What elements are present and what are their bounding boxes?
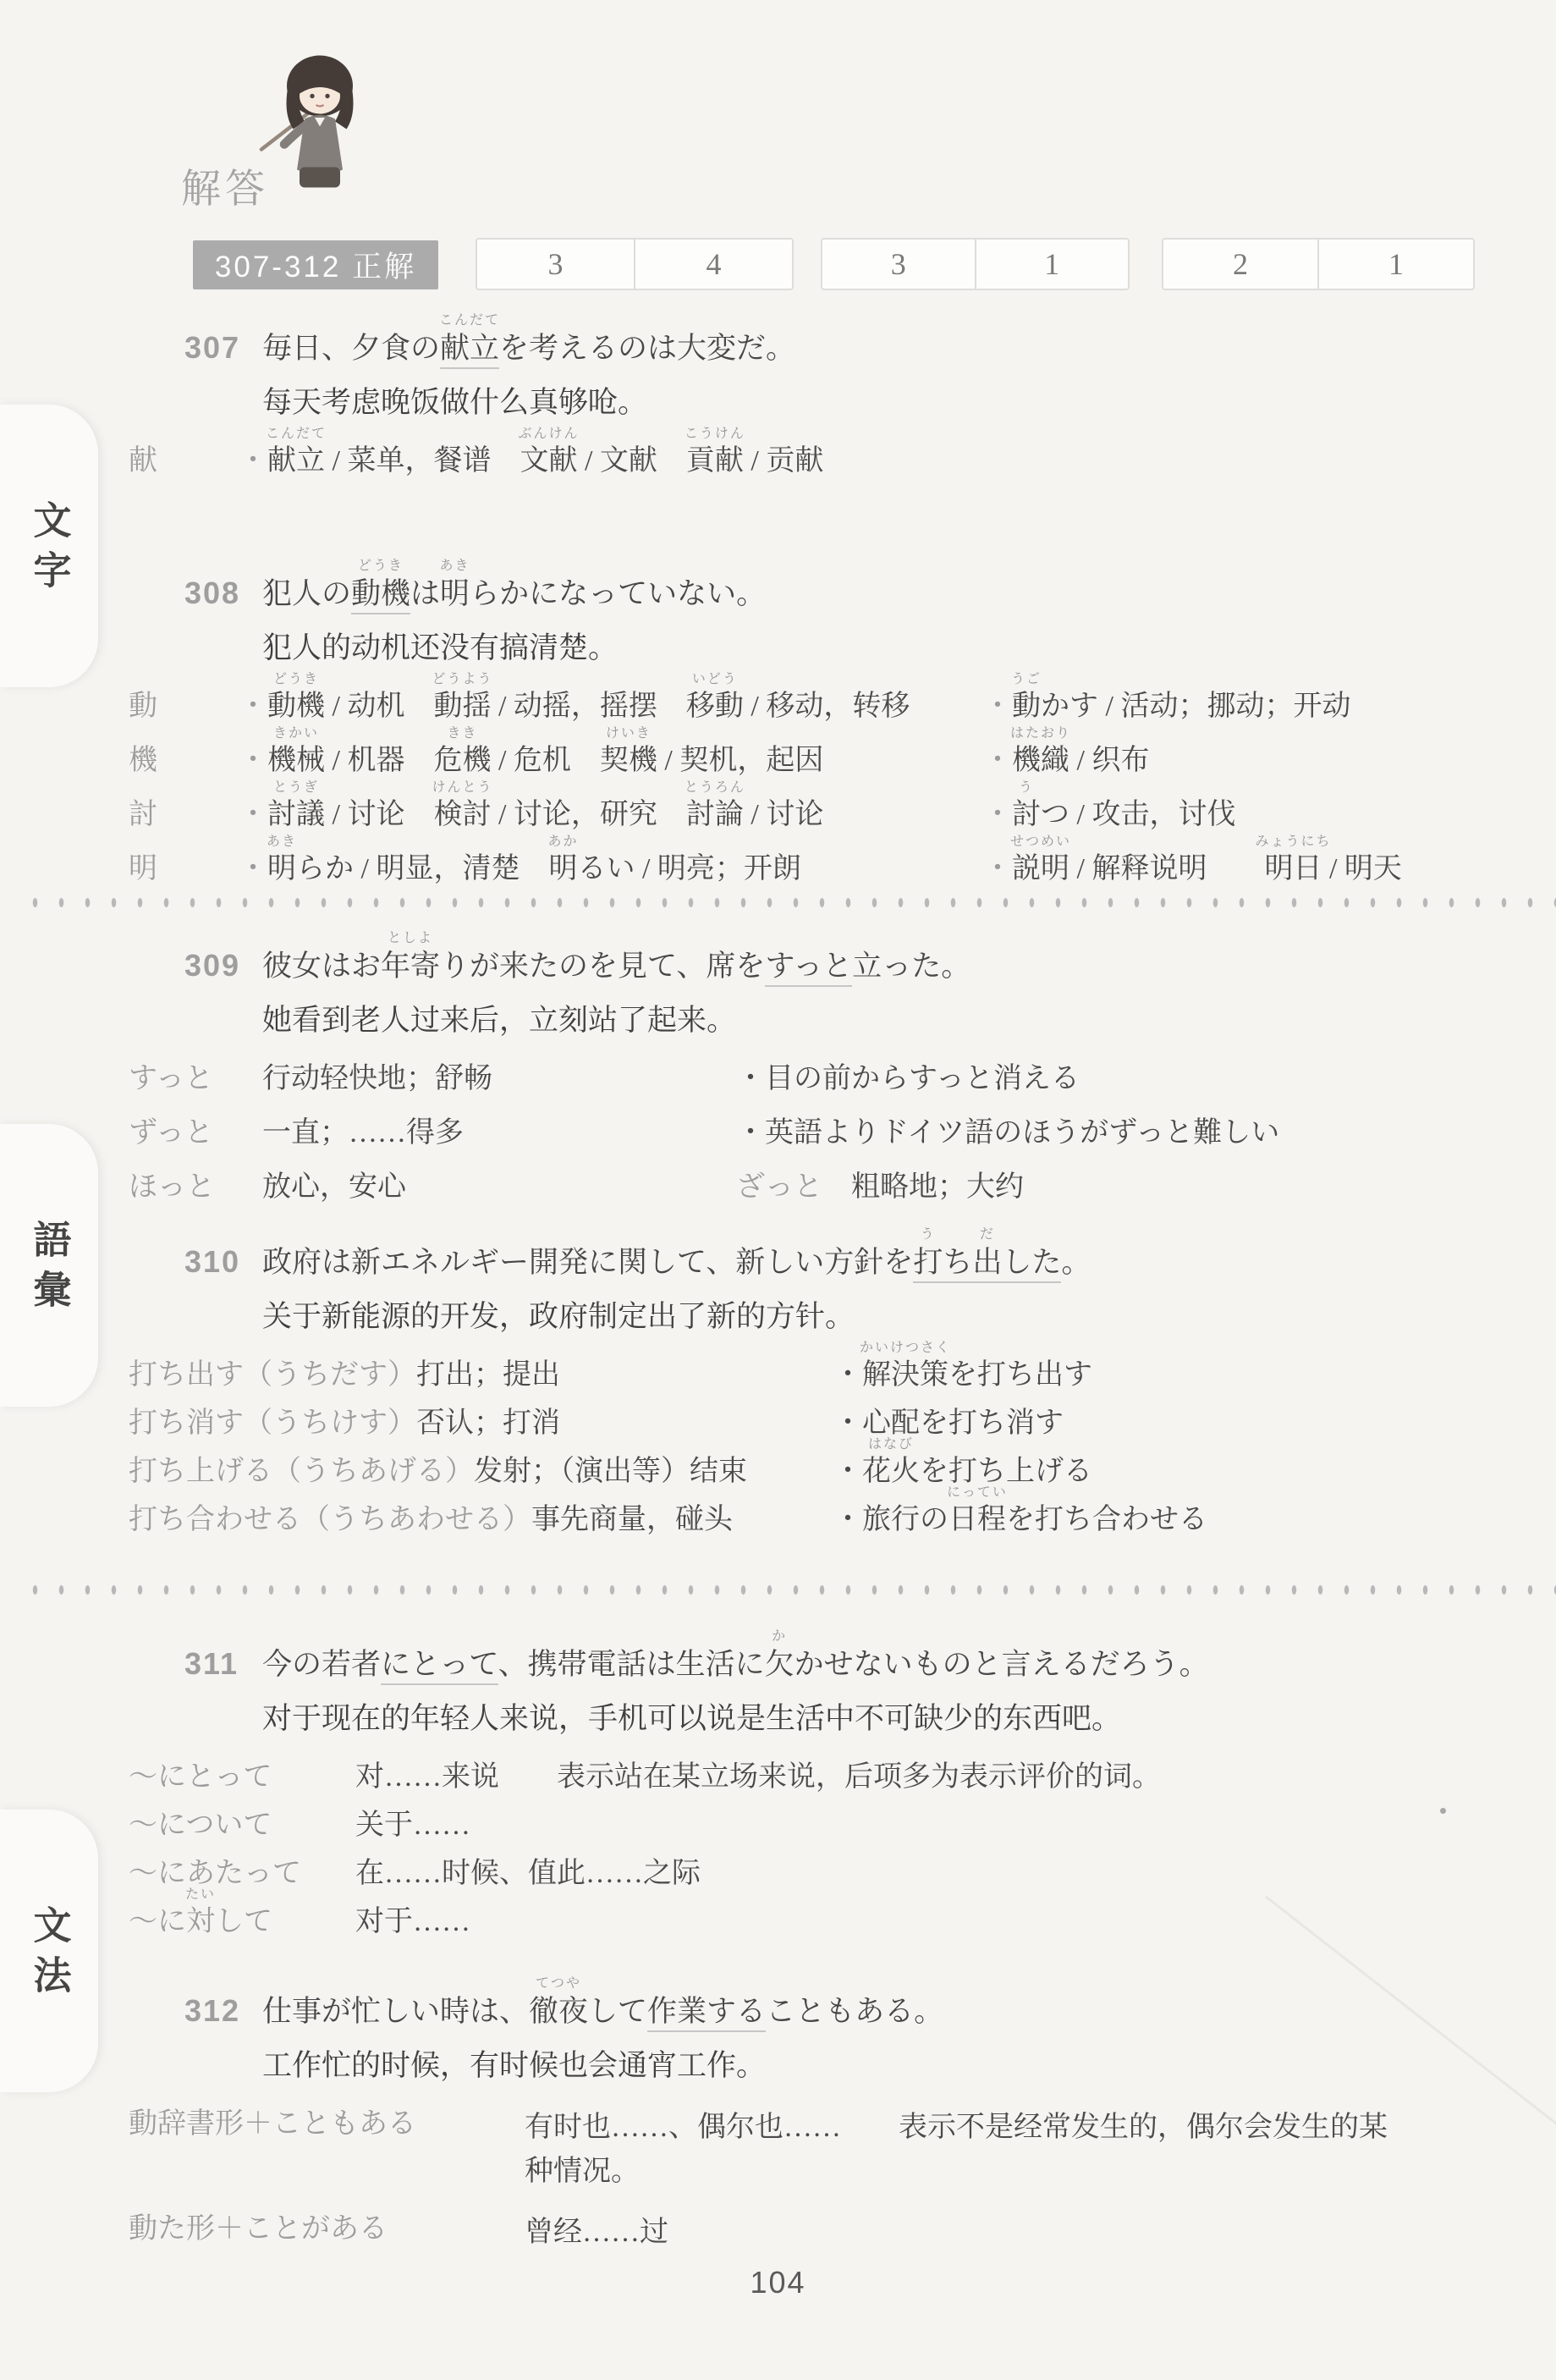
furigana: いどう: [692, 673, 738, 686]
text-segment: を考えるのは大変だ。: [499, 332, 795, 365]
furigana: こんだて: [266, 427, 327, 441]
text-segment: 献: [129, 445, 157, 477]
text-segment: ・心配を打ち消す: [833, 1408, 1064, 1439]
text-segment: 献立こんだて: [440, 332, 499, 369]
vocab-row: 打ち上げる（うちあげる）发射；（演出等）结束・花火はなびを打ち上げる: [0, 1453, 1556, 1490]
furigana: あか: [547, 835, 578, 849]
text-segment: を打ち上げる: [920, 1456, 1092, 1487]
text-segment: 徹夜てつや: [529, 1995, 588, 2028]
text-segment: 解決策かいけつさく: [862, 1359, 948, 1391]
vocab-cell: 打ち出す（うちだす）打出；提出: [129, 1357, 833, 1394]
vocab-row: ～にとって对……来说 表示站在某立场来说，后项多为表示评价的词。: [0, 1759, 1556, 1796]
question-number: 309: [184, 948, 240, 983]
text-segment: を打ち出す: [948, 1359, 1092, 1391]
text-segment: 打ち上げる（うちあげる）: [129, 1456, 474, 1487]
vocab-row: 明・明あきらか / 明显，清楚 明あかるい / 明亮；开朗・説明せつめい / 解…: [0, 851, 1556, 888]
furigana: うご: [1011, 673, 1042, 686]
vocab-cell: 行动轻快地；舒畅: [262, 1061, 736, 1098]
text-segment: らかになっていない。: [470, 577, 766, 610]
vocab-row: 動た形＋ことがある曾经……过: [0, 2211, 1556, 2255]
text-segment: ・: [239, 745, 267, 776]
section-312: 312 仕事が忙しい時は、徹夜てつやして作業することもある。 工作忙的时候，有时…: [0, 1975, 1556, 2255]
vocab-row: 打ち合わせる（うちあわせる）事先商量，碰头・旅行の日程にっていを打ち合わせる: [0, 1501, 1556, 1539]
text-segment: 機: [129, 745, 157, 776]
vocab-rows: 献・献立こんだて / 菜单，餐谱 文献ぶんけん / 文献 貢献こうけん / 贡献: [0, 443, 1556, 480]
text-segment: ・: [983, 745, 1012, 776]
vocab-cell: 打ち合わせる（うちあわせる）事先商量，碰头: [129, 1501, 833, 1539]
text-segment: した: [1002, 1246, 1061, 1283]
vocab-cell: ～について: [129, 1807, 355, 1844]
text-segment: るい / 明亮；开朗: [577, 853, 800, 884]
text-segment: 打出；提出: [416, 1359, 560, 1391]
text-segment: 明日みょうにち: [1264, 853, 1322, 884]
answer-section-title: 解答: [181, 157, 269, 214]
text-segment: 明あき: [440, 577, 470, 610]
text-segment: ～にあたって: [129, 1858, 301, 1889]
text-segment: 動辞書形＋こともある: [129, 2108, 416, 2140]
answer-cell: 4: [634, 240, 792, 289]
vocab-row: ～にあたって在……时候、值此……之际: [0, 1855, 1556, 1892]
furigana: あき: [440, 559, 470, 573]
section-310: 310 政府は新エネルギー開発に関して、新しい方針を打うち出だした。 关于新能源…: [0, 1226, 1556, 1539]
vocab-row: ～について关于……: [0, 1807, 1556, 1844]
answer-range-badge: 307-312 正解: [193, 240, 438, 289]
vocab-rows: 動辞書形＋こともある有时也……、偶尔也…… 表示不是经常发生的，偶尔会发生的某种…: [0, 2106, 1556, 2255]
vocab-cell: 有时也……、偶尔也…… 表示不是经常发生的，偶尔会发生的某种情况。: [525, 2106, 1405, 2194]
vocab-cell: すっと: [129, 1061, 262, 1098]
text-segment: 動: [129, 691, 157, 722]
text-segment: 曾经……过: [525, 2217, 668, 2248]
vocab-cell: 对于……: [355, 1903, 470, 1941]
furigana: としよ: [388, 932, 433, 945]
text-segment: 在……时候、值此……之际: [355, 1858, 701, 1889]
furigana: こうけん: [685, 427, 745, 441]
text-segment: 文献ぶんけん: [520, 445, 577, 477]
vocab-row: 動・動機どうき / 动机 動揺どうよう / 动摇，摇摆 移動いどう / 移动，转…: [0, 688, 1556, 725]
text-segment: 毎日、夕食の: [262, 332, 440, 365]
text-segment: ざっと: [736, 1171, 822, 1203]
chinese-translation: 对于现在的年轻人来说，手机可以说是生活中不可缺少的东西吧。: [0, 1683, 1556, 1738]
text-segment: 犯人の: [262, 577, 351, 610]
text-segment: りが来たのを見て、席を: [440, 950, 765, 983]
section-309: 309 彼女はお年寄としよりが来たのを見て、席をすっと立った。 她看到老人过来后…: [0, 929, 1556, 1206]
text-segment: / 文献: [577, 445, 685, 477]
vocab-rows: ～にとって对……来说 表示站在某立场来说，后项多为表示评价的词。～について关于……: [0, 1759, 1556, 1941]
furigana: どうき: [273, 673, 319, 686]
text-segment: にとって: [381, 1648, 498, 1685]
text-segment: 粗略地；大约: [822, 1171, 1024, 1203]
text-segment: 明: [129, 853, 157, 884]
furigana: はなび: [868, 1438, 914, 1452]
text-segment: 。: [1061, 1246, 1091, 1279]
text-segment: 立った。: [852, 950, 970, 983]
text-segment: ・: [239, 691, 267, 722]
text-segment: 明あき: [267, 853, 296, 884]
vocab-cell: ・明あきらか / 明显，清楚 明あかるい / 明亮；开朗: [239, 851, 983, 888]
text-segment: / 解释说明: [1069, 853, 1264, 884]
vocab-cell: 打ち上げる（うちあげる）发射；（演出等）结束: [129, 1453, 833, 1490]
furigana: たい: [185, 1888, 216, 1902]
text-segment: 打う: [913, 1246, 943, 1283]
vocab-cell: ・献立こんだて / 菜单，餐谱 文献ぶんけん / 文献 貢献こうけん / 贡献: [239, 443, 823, 480]
text-segment: して: [215, 1906, 272, 1937]
text-segment: ～にとって: [129, 1761, 272, 1793]
chinese-translation: 每天考虑晚饭做什么真够呛。: [0, 367, 1556, 421]
vocab-cell: 在……时候、值此……之际: [355, 1855, 701, 1892]
vocab-cell: 对……来说 表示站在某立场来说，后项多为表示评价的词。: [355, 1759, 1161, 1796]
question-number: 310: [184, 1244, 240, 1280]
text-segment: ～について: [129, 1810, 272, 1841]
section-308: 308 犯人の動機どうきは明あきらかになっていない。 犯人的动机还没有搞清楚。 …: [0, 557, 1556, 888]
text-segment: 对于……: [355, 1906, 470, 1937]
vocab-cell: 動: [129, 688, 239, 725]
answer-cell: 3: [477, 240, 634, 289]
text-segment: 機織はたおり: [1012, 745, 1069, 776]
vocab-cell: ・動うごかす / 活动；挪动；开动: [983, 688, 1350, 725]
vocab-cell: ほっと: [129, 1169, 262, 1206]
text-segment: を打ち合わせる: [1006, 1504, 1207, 1535]
furigana: とうぎ: [273, 781, 319, 795]
vocab-rows: 打ち出す（うちだす）打出；提出・解決策かいけつさくを打ち出す打ち消す（うちけす）…: [0, 1357, 1556, 1539]
vocab-cell: ・英語よりドイツ語のほうがずっと難しい: [736, 1115, 1279, 1152]
question-number: 307: [184, 330, 240, 366]
vocab-row: ずっと一直；……得多・英語よりドイツ語のほうがずっと難しい: [0, 1115, 1556, 1152]
text-segment: 年寄としよ: [381, 950, 440, 983]
furigana: てつや: [536, 1977, 581, 1991]
vocab-cell: ・動機どうき / 动机 動揺どうよう / 动摇，摇摆 移動いどう / 移动，转移: [239, 688, 983, 725]
vocab-row: ほっと放心，安心ざっと 粗略地；大约: [0, 1169, 1556, 1206]
text-segment: / 动摇，摇摆: [491, 691, 685, 722]
text-segment: すっと: [129, 1063, 213, 1094]
text-segment: 動揺どうよう: [433, 691, 491, 722]
vocab-row: 打ち消す（うちけす）否认；打消・心配を打ち消す: [0, 1405, 1556, 1442]
text-segment: ほっと: [129, 1171, 215, 1203]
text-segment: 出だ: [972, 1246, 1002, 1283]
text-segment: 一直；……得多: [262, 1117, 464, 1149]
text-segment: 移動いどう: [686, 691, 744, 722]
text-segment: 検討けんとう: [433, 799, 491, 830]
text-segment: 動た形＋ことがある: [129, 2213, 388, 2245]
text-segment: 事先商量，碰头: [531, 1504, 733, 1535]
scan-speck: [1440, 1808, 1446, 1814]
text-segment: ・: [983, 799, 1012, 830]
answer-cell: 1: [975, 240, 1129, 289]
text-segment: ・英語よりドイツ語のほうがずっと難しい: [736, 1117, 1279, 1149]
text-segment: 有时也……、偶尔也…… 表示不是经常发生的，偶尔会发生的某种情况。: [525, 2112, 1388, 2187]
text-segment: 对……来说 表示站在某立场来说，后项多为表示评价的词。: [355, 1761, 1161, 1793]
text-segment: 发射；（演出等）结束: [474, 1456, 747, 1487]
furigana: あき: [267, 835, 297, 849]
text-segment: 契機けいき: [600, 745, 657, 776]
answer-cell: 1: [1317, 240, 1473, 289]
chinese-translation: 犯人的动机还没有搞清楚。: [0, 613, 1556, 667]
textbook-answer-page: 解答 307-312 正解 3 4 3 1 2 1 文字 語彙 文法 307 毎…: [0, 0, 1556, 2380]
text-segment: ・旅行の: [833, 1504, 948, 1535]
vocab-cell: 关于……: [355, 1807, 470, 1844]
furigana: か: [772, 1630, 787, 1644]
answer-cell: 2: [1163, 240, 1317, 289]
furigana: けんとう: [432, 781, 492, 795]
text-segment: 放心，安心: [262, 1171, 406, 1203]
text-segment: ・: [983, 691, 1012, 722]
text-segment: は: [410, 577, 440, 610]
furigana: みょうにち: [1255, 835, 1331, 849]
vocab-cell: 機: [129, 742, 239, 780]
section-307: 307 毎日、夕食の献立こんだてを考えるのは大変だ。 每天考虑晚饭做什么真够呛。…: [0, 311, 1556, 480]
vocab-rows: 動・動機どうき / 动机 動揺どうよう / 动摇，摇摆 移動いどう / 移动，转…: [0, 688, 1556, 888]
furigana: せつめい: [1010, 835, 1071, 849]
question-number: 312: [184, 1993, 240, 2029]
vocab-cell: ・討うつ / 攻击，讨伐: [983, 796, 1235, 834]
answer-cell: 3: [822, 240, 975, 289]
text-segment: / 移动，转移: [744, 691, 910, 722]
furigana: う: [921, 1228, 936, 1242]
text-segment: 打ち出す（うちだす）: [129, 1359, 416, 1391]
vocab-rows: すっと行动轻快地；舒畅・目の前からすっと消えるずっと一直；……得多・英語よりドイ…: [0, 1061, 1556, 1206]
text-segment: ずっと: [129, 1117, 213, 1149]
text-segment: 打ち合わせる（うちあわせる）: [129, 1504, 531, 1535]
vocab-cell: 献: [129, 443, 239, 480]
answer-box: 2 1: [1162, 238, 1475, 290]
vocab-row: 打ち出す（うちだす）打出；提出・解決策かいけつさくを打ち出す: [0, 1357, 1556, 1394]
question-number: 311: [184, 1646, 239, 1682]
text-segment: / 危机: [491, 745, 599, 776]
text-segment: / 讨论: [325, 799, 433, 830]
furigana: ぶんけん: [518, 427, 579, 441]
text-segment: 打ち消す（うちけす）: [129, 1408, 416, 1439]
vocab-cell: 動辞書形＋こともある: [129, 2106, 525, 2143]
text-segment: / 讨论，研究: [491, 799, 685, 830]
text-segment: 、携帯電話は生活に: [498, 1648, 765, 1681]
dotted-separator: [22, 897, 1556, 908]
vocab-row: ～に対たいして对于……: [0, 1903, 1556, 1941]
text-segment: 政府は新エネルギー開発に関して、新しい方針を: [262, 1246, 913, 1279]
vocab-cell: ・機織はたおり / 织布: [983, 742, 1149, 780]
text-segment: 討う: [1012, 799, 1041, 830]
text-segment: / 动机: [325, 691, 433, 722]
vocab-cell: 討: [129, 796, 239, 834]
vocab-cell: ・討議とうぎ / 讨论 検討けんとう / 讨论，研究 討論とうろん / 讨论: [239, 796, 983, 834]
text-segment: / 明天: [1322, 853, 1401, 884]
text-segment: / 讨论: [744, 799, 823, 830]
text-segment: 今の若者: [262, 1648, 381, 1681]
text-segment: ・: [983, 853, 1012, 884]
furigana: はたおり: [1010, 727, 1071, 741]
text-segment: 討論とうろん: [686, 799, 744, 830]
vocab-cell: 放心，安心: [262, 1169, 736, 1206]
furigana: どうよう: [432, 673, 492, 686]
text-segment: ・: [833, 1456, 862, 1487]
furigana: かいけつさく: [860, 1342, 951, 1355]
text-segment: 否认；打消: [416, 1408, 560, 1439]
text-segment: 貢献こうけん: [686, 445, 744, 477]
vocab-cell: ・機械きかい / 机器 危機きき / 危机 契機けいき / 契机，起因: [239, 742, 983, 780]
furigana: けいき: [606, 727, 652, 741]
vocab-row: 討・討議とうぎ / 讨论 検討けんとう / 讨论，研究 討論とうろん / 讨论・…: [0, 796, 1556, 834]
vocab-cell: 一直；……得多: [262, 1115, 736, 1152]
text-segment: 危機きき: [433, 745, 491, 776]
chinese-translation: 她看到老人过来后，立刻站了起来。: [0, 985, 1556, 1039]
text-segment: / 机器: [325, 745, 433, 776]
vocab-cell: ・旅行の日程にっていを打ち合わせる: [833, 1501, 1207, 1539]
text-segment: 討議とうぎ: [267, 799, 325, 830]
furigana: う: [1019, 781, 1034, 795]
vocab-cell: 動た形＋ことがある: [129, 2211, 525, 2248]
furigana: どうき: [358, 559, 404, 573]
vocab-row: すっと行动轻快地；舒畅・目の前からすっと消える: [0, 1061, 1556, 1098]
text-segment: 欠か: [765, 1648, 794, 1681]
chinese-translation: 工作忙的时候，有时候也会通宵工作。: [0, 2030, 1556, 2085]
answer-box: 3 1: [821, 238, 1130, 290]
text-segment: 動機どうき: [267, 691, 325, 722]
text-segment: ・: [239, 445, 267, 477]
answer-box: 3 4: [476, 238, 794, 290]
dotted-separator: [22, 1584, 1556, 1595]
text-segment: 明あか: [548, 853, 577, 884]
text-segment: つ / 攻击，讨伐: [1041, 799, 1235, 830]
text-segment: ・: [833, 1359, 862, 1391]
text-segment: ち: [943, 1246, 972, 1283]
vocab-cell: ・説明せつめい / 解释说明 明日みょうにち / 明天: [983, 851, 1402, 888]
vocab-cell: ～にとって: [129, 1759, 355, 1796]
question-number: 308: [184, 576, 240, 611]
text-segment: 説明せつめい: [1012, 853, 1069, 884]
vocab-cell: 曾经……过: [525, 2211, 1405, 2255]
text-segment: / 织布: [1069, 745, 1149, 776]
text-segment: かす / 活动；挪动；开动: [1041, 691, 1350, 722]
text-segment: ・目の前からすっと消える: [736, 1063, 1080, 1094]
text-segment: ・: [239, 853, 267, 884]
text-segment: すっと: [765, 950, 852, 987]
text-segment: かせないものと言えるだろう。: [794, 1648, 1209, 1681]
text-segment: して: [588, 1995, 647, 2028]
text-segment: ～に: [129, 1906, 186, 1937]
page-number: 104: [0, 2265, 1556, 2300]
vocab-row: 機・機械きかい / 机器 危機きき / 危机 契機けいき / 契机，起因・機織は…: [0, 742, 1556, 780]
chinese-translation: 关于新能源的开发，政府制定出了新的方针。: [0, 1281, 1556, 1336]
furigana: こんだて: [439, 314, 500, 328]
vocab-cell: ～に対たいして: [129, 1903, 355, 1941]
furigana: だ: [980, 1228, 995, 1242]
furigana: にってい: [947, 1486, 1008, 1500]
text-segment: 機械きかい: [267, 745, 325, 776]
text-segment: 対たい: [186, 1906, 215, 1937]
section-311: 311 今の若者にとって、携帯電話は生活に欠かかせないものと言えるだろう。 对于…: [0, 1628, 1556, 1941]
vocab-cell: ・解決策かいけつさくを打ち出す: [833, 1357, 1092, 1394]
text-segment: 关于……: [355, 1810, 470, 1841]
vocab-row: 献・献立こんだて / 菜单，餐谱 文献ぶんけん / 文献 貢献こうけん / 贡献: [0, 443, 1556, 480]
furigana: きき: [447, 727, 477, 741]
text-segment: 仕事が忙しい時は、: [262, 1995, 529, 2028]
vocab-cell: 明: [129, 851, 239, 888]
teacher-girl-illustration: [254, 47, 381, 208]
vocab-cell: ・目の前からすっと消える: [736, 1061, 1080, 1098]
text-segment: 花火はなび: [862, 1456, 920, 1487]
text-segment: / 契机，起因: [657, 745, 823, 776]
text-segment: 動うご: [1012, 691, 1041, 722]
text-segment: / 菜单，餐谱: [325, 445, 520, 477]
furigana: きかい: [273, 727, 319, 741]
vocab-cell: ざっと 粗略地；大约: [736, 1169, 1024, 1206]
vocab-cell: ～にあたって: [129, 1855, 355, 1892]
text-segment: こともある。: [766, 1995, 943, 2028]
furigana: とうろん: [685, 781, 745, 795]
vocab-cell: ずっと: [129, 1115, 262, 1152]
text-segment: 作業する: [647, 1995, 766, 2032]
text-segment: らか / 明显，清楚: [296, 853, 548, 884]
text-segment: 日程にってい: [948, 1504, 1006, 1535]
text-segment: 彼女はお: [262, 950, 381, 983]
vocab-row: 動辞書形＋こともある有时也……、偶尔也…… 表示不是经常发生的，偶尔会发生的某种…: [0, 2106, 1556, 2194]
text-segment: 動機どうき: [351, 577, 410, 614]
text-segment: 討: [129, 799, 157, 830]
text-segment: ・: [239, 799, 267, 830]
text-segment: 献立こんだて: [267, 445, 325, 477]
text-segment: 行动轻快地；舒畅: [262, 1063, 492, 1094]
vocab-cell: 打ち消す（うちけす）否认；打消: [129, 1405, 833, 1442]
text-segment: / 贡献: [744, 445, 823, 477]
